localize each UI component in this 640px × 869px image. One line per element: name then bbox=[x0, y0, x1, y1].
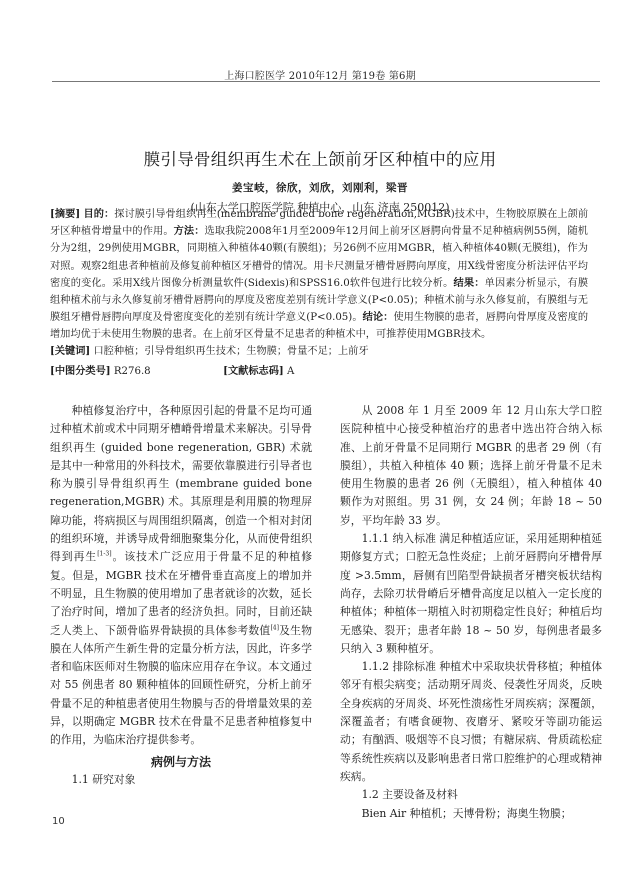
header-rule bbox=[52, 81, 600, 82]
article-authors: 姜宝岐，徐欣，刘欣，刘刚利，梁晋 bbox=[0, 180, 640, 195]
page-number: 10 bbox=[52, 816, 65, 827]
intro-text-3: 及生物膜在人体所产生新生骨的定量分析方法，因此，许多学者和临床医师对生物膜的临床… bbox=[50, 624, 312, 747]
intro-text-1: 种植修复治疗中，各种原因引起的骨量不足均可通过种植术前或术中同期牙槽嵴骨增量术来… bbox=[50, 404, 312, 563]
subsection-1-2: 1.2 主要设备及材料 bbox=[340, 786, 602, 804]
keywords-value: 口腔种植；引导骨组织再生技术；生物膜；骨量不足；上前牙 bbox=[93, 346, 368, 357]
section-heading-methods: 病例与方法 bbox=[50, 753, 312, 771]
keywords: [关键词] 口腔种植；引导骨组织再生技术；生物膜；骨量不足；上前牙 bbox=[50, 342, 590, 357]
conclusion-label: 结论： bbox=[363, 311, 394, 323]
abstract: [摘要] 目的：探讨膜引导骨组织再生(membrane guided bone … bbox=[50, 206, 588, 344]
left-column: 种植修复治疗中，各种原因引起的骨量不足均可通过种植术前或术中同期牙槽嵴骨增量术来… bbox=[50, 402, 312, 789]
results-label: 结果： bbox=[454, 277, 485, 289]
subsection-1-1: 1.1 研究对象 bbox=[50, 771, 312, 789]
methods-label: 方法： bbox=[174, 225, 205, 237]
classification: [中图分类号] R276.8 [文献标志码] A bbox=[50, 362, 590, 377]
inclusion-paragraph: 1.1.1 纳入标准 满足种植适应证，采用延期种植延期修复方式；口腔无急性炎症；… bbox=[340, 530, 602, 658]
citation-1-3: [1-3] bbox=[97, 551, 111, 558]
intro-paragraph: 种植修复治疗中，各种原因引起的骨量不足均可通过种植术前或术中同期牙槽嵴骨增量术来… bbox=[50, 402, 312, 750]
citation-4: [4] bbox=[270, 624, 279, 631]
subjects-paragraph: 从 2008 年 1 月至 2009 年 12 月山东大学口腔医院种植中心接受种… bbox=[340, 402, 602, 530]
exclusion-paragraph: 1.1.2 排除标准 种植术中采取块状骨移植；种植体邻牙有根尖病变；活动期牙周炎… bbox=[340, 658, 602, 786]
doc-code-label: [文献标志码] bbox=[223, 365, 284, 377]
materials-paragraph: Bien Air 种植机；天博骨粉；海奥生物膜； bbox=[340, 805, 602, 823]
right-column: 从 2008 年 1 月至 2009 年 12 月山东大学口腔医院种植中心接受种… bbox=[340, 402, 602, 823]
clc-value: R276.8 bbox=[114, 366, 151, 377]
objective-label: 目的： bbox=[84, 208, 115, 220]
clc-label: [中图分类号] bbox=[50, 365, 111, 377]
article-title: 膜引导骨组织再生术在上颌前牙区种植中的应用 bbox=[0, 146, 640, 170]
keywords-label: [关键词] bbox=[50, 345, 90, 357]
doc-code-value: A bbox=[287, 366, 294, 377]
running-head: 上海口腔医学 2010年12月 第19卷 第6期 bbox=[0, 67, 640, 82]
abstract-label: [摘要] bbox=[50, 208, 80, 220]
